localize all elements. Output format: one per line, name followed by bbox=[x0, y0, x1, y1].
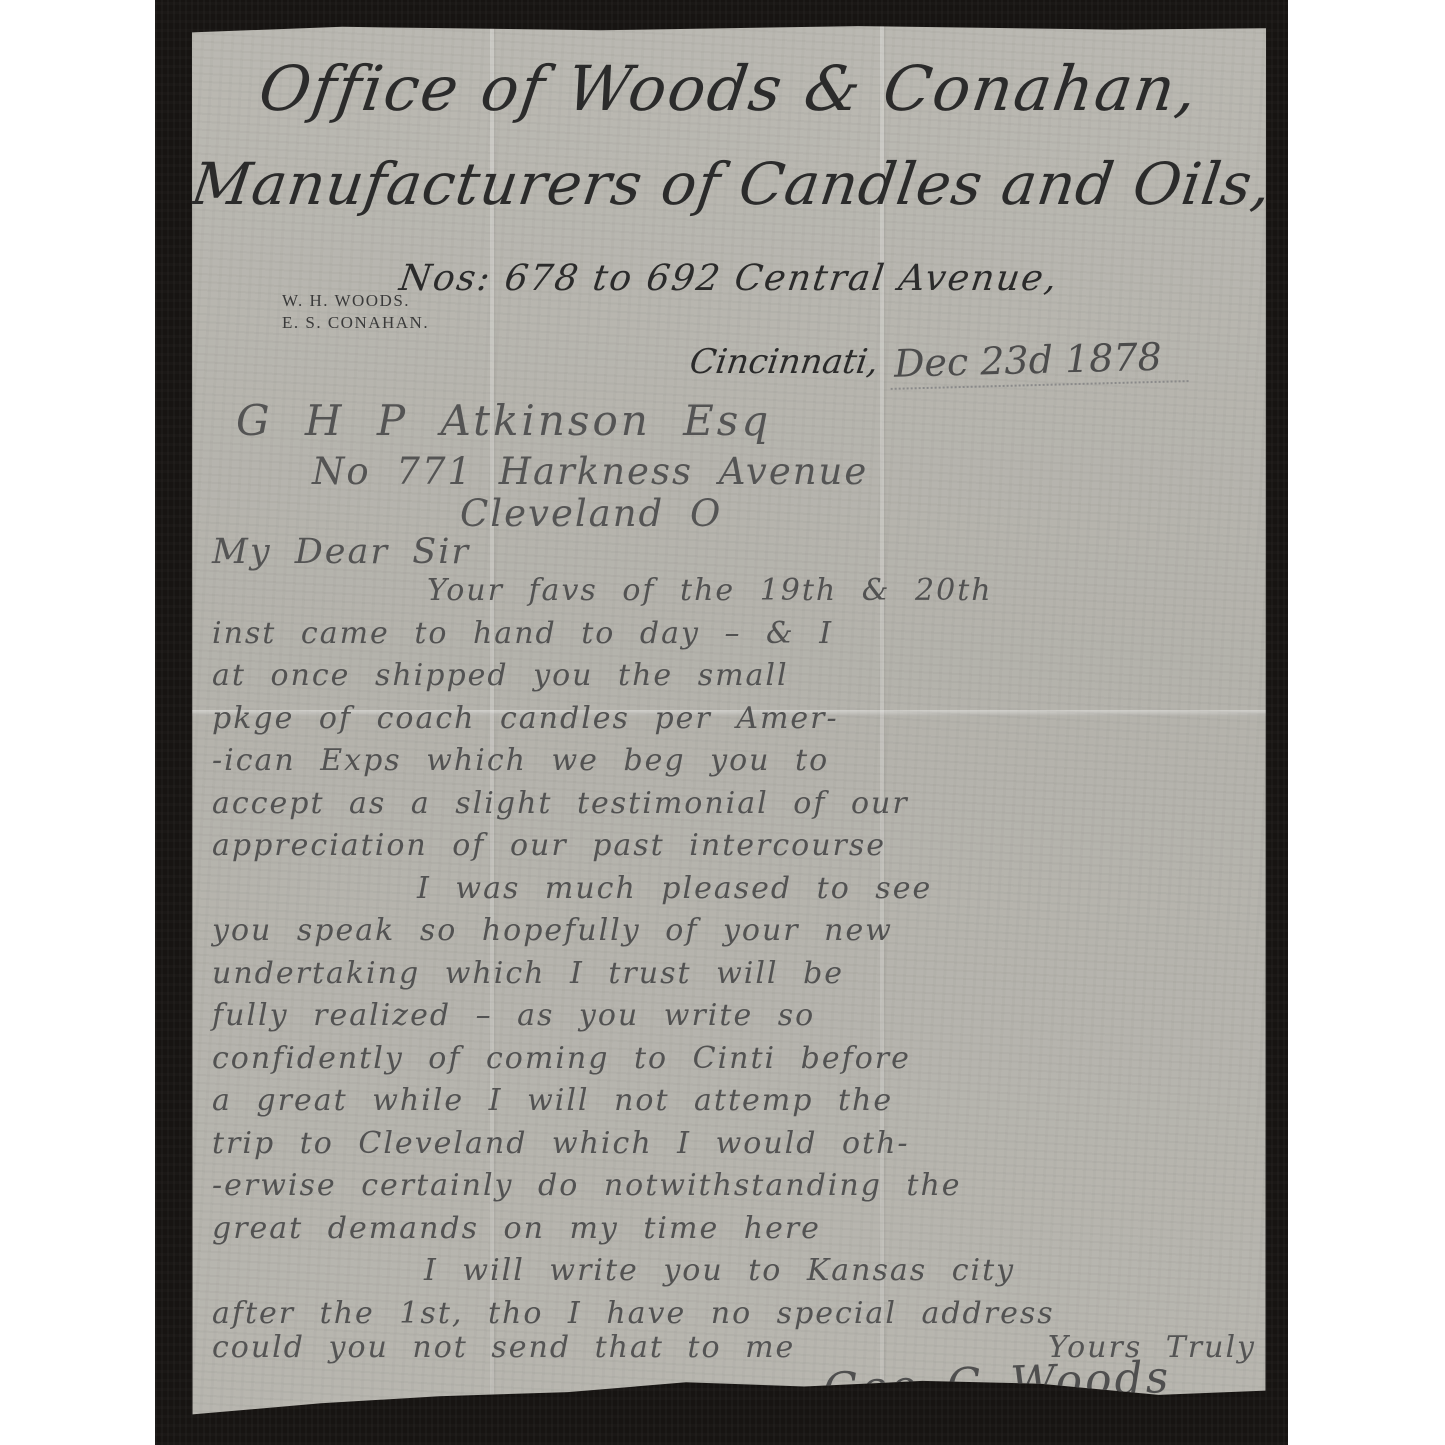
body-line: undertaking which I trust will be bbox=[212, 953, 1254, 996]
letterhead-company-line: Office of Woods & Conahan, bbox=[187, 52, 1271, 125]
body-line: appreciation of our past intercourse bbox=[212, 825, 1254, 868]
body-line: fully realized – as you write so bbox=[212, 995, 1254, 1038]
body-line: pkge of coach candles per Amer- bbox=[212, 698, 1254, 741]
listing-page: { "photo": { "background_color": "#17141… bbox=[0, 0, 1445, 1445]
letterhead-partner-names: W. H. WOODS. E. S. CONAHAN. bbox=[282, 290, 429, 334]
body-line: -erwise certainly do notwithstanding the bbox=[212, 1165, 1254, 1208]
body-line: Your favs of the 19th & 20th bbox=[212, 570, 1254, 613]
recipient-city-line: Cleveland O bbox=[460, 492, 722, 535]
letter-paper: Office of Woods & Conahan, Manufacturers… bbox=[192, 24, 1266, 1420]
body-line: great demands on my time here bbox=[212, 1208, 1254, 1251]
partner-name: W. H. WOODS. bbox=[282, 290, 429, 312]
body-line: -ican Exps which we beg you to bbox=[212, 740, 1254, 783]
recipient-street-line: No 771 Harkness Avenue bbox=[312, 450, 868, 493]
salutation: My Dear Sir bbox=[212, 532, 470, 572]
body-line: I was much pleased to see bbox=[212, 868, 1254, 911]
body-line: inst came to hand to day – & I bbox=[212, 613, 1254, 656]
letter-body: Your favs of the 19th & 20th inst came t… bbox=[212, 570, 1254, 1335]
signature: Geo C Woods bbox=[822, 1352, 1172, 1415]
letterhead-business-line: Manufacturers of Candles and Oils, bbox=[187, 150, 1271, 218]
handwritten-date: Dec 23d 1878 bbox=[890, 334, 1189, 390]
body-line: a great while I will not attemp the bbox=[212, 1080, 1254, 1123]
body-line: at once shipped you the small bbox=[212, 655, 1254, 698]
closing-request-text: could you not send that to me bbox=[212, 1330, 795, 1365]
partner-name: E. S. CONAHAN. bbox=[282, 312, 429, 334]
letter-photo: Office of Woods & Conahan, Manufacturers… bbox=[155, 0, 1288, 1445]
printed-city-label: Cincinnati, bbox=[687, 342, 881, 382]
dateline: Cincinnati,Dec 23d 1878 bbox=[690, 338, 1188, 386]
signature-flourish bbox=[756, 1408, 1196, 1438]
body-line: you speak so hopefully of your new bbox=[212, 910, 1254, 953]
body-line: after the 1st, tho I have no special add… bbox=[212, 1293, 1254, 1336]
body-line: trip to Cleveland which I would oth- bbox=[212, 1123, 1254, 1166]
body-line: accept as a slight testimonial of our bbox=[212, 783, 1254, 826]
body-line: confidently of coming to Cinti before bbox=[212, 1038, 1254, 1081]
body-line: I will write you to Kansas city bbox=[212, 1250, 1254, 1293]
recipient-name-line: G H P Atkinson Esq bbox=[236, 396, 771, 445]
